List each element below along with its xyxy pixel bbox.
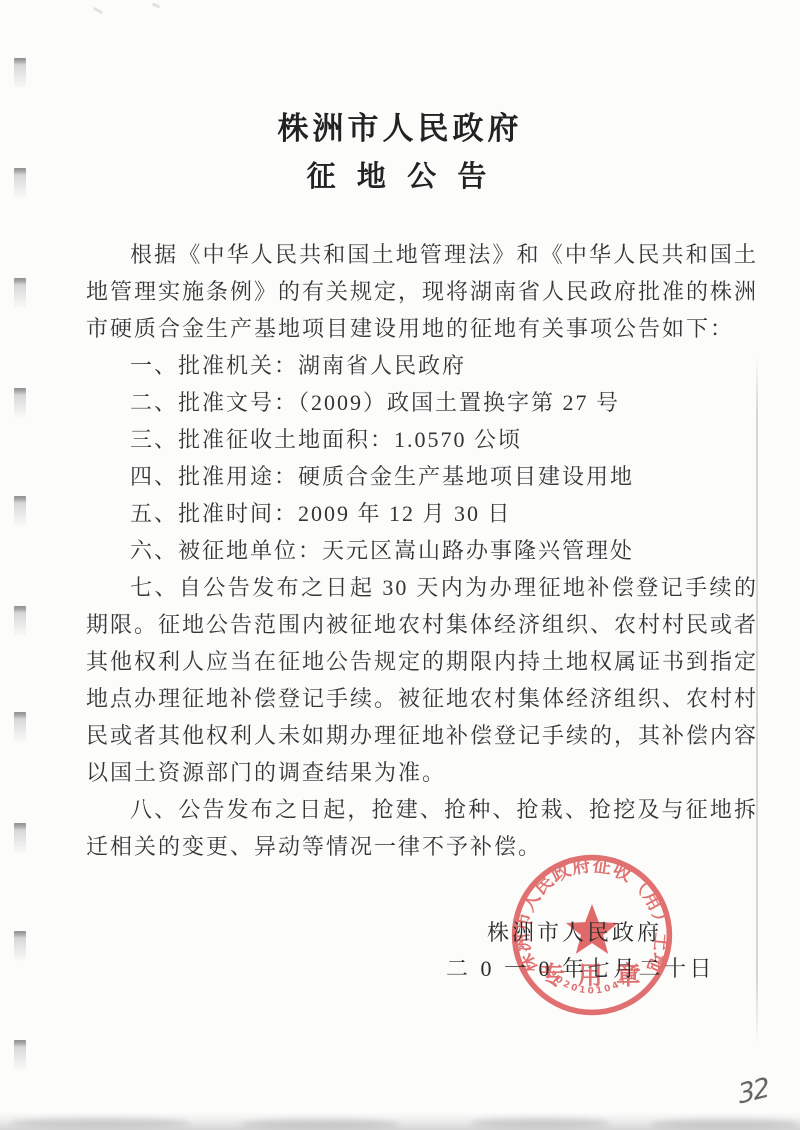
binder-hole-mark: [14, 823, 26, 854]
signature-date: 二 0 一 0 年七月二十日: [446, 952, 715, 983]
binder-hole-mark: [14, 496, 26, 527]
body-paragraph: 七、自公告发布之日起 30 天内为办理征地补偿登记手续的期限。征地公告范围内被征…: [86, 569, 758, 791]
binder-hole-mark: [14, 606, 26, 637]
binder-hole-mark: [14, 931, 26, 962]
body-paragraph: 六、被征地单位：天元区嵩山路办事隆兴管理处: [86, 532, 758, 569]
scan-edge-smudge: [470, 1118, 610, 1128]
scan-artifact: [152, 3, 161, 9]
scan-edge-smudge: [10, 1118, 190, 1128]
body-paragraph: 二、批准文号：（2009）政国土置换字第 27 号: [86, 384, 758, 421]
scan-edge-smudge: [650, 1119, 800, 1129]
page-title: 株洲市人民政府: [0, 110, 800, 148]
document-header: 株洲市人民政府 征 地 公 告: [0, 110, 800, 195]
announcement-body: 根据《中华人民共和国土地管理法》和《中华人民共和国土地管理实施条例》的有关规定，…: [86, 236, 758, 865]
binder-hole-mark: [14, 278, 26, 309]
body-paragraph: 四、批准用途：硬质合金生产基地项目建设用地: [86, 458, 758, 495]
binder-hole-mark: [14, 1040, 26, 1071]
scan-fold-line: [756, 356, 758, 1046]
binder-hole-mark: [14, 712, 26, 743]
handwritten-page-number: 32: [736, 1072, 770, 1110]
body-paragraph: 五、批准时间：2009 年 12 月 30 日: [86, 495, 758, 532]
binder-hole-mark: [14, 388, 26, 419]
scanned-document-page: 株洲市人民政府 征 地 公 告 根据《中华人民共和国土地管理法》和《中华人民共和…: [0, 0, 800, 1130]
scan-edge-smudge: [240, 1119, 400, 1129]
signature-name: 株洲市人民政府: [487, 916, 662, 947]
scan-artifact: [93, 7, 103, 14]
body-paragraph: 根据《中华人民共和国土地管理法》和《中华人民共和国土地管理实施条例》的有关规定，…: [86, 236, 758, 347]
announcement-title: 征 地 公 告: [0, 159, 800, 195]
body-paragraph: 三、批准征收土地面积：1.0570 公顷: [86, 421, 758, 458]
body-paragraph: 一、批准机关：湖南省人民政府: [86, 347, 758, 384]
binder-hole-mark: [14, 58, 26, 89]
